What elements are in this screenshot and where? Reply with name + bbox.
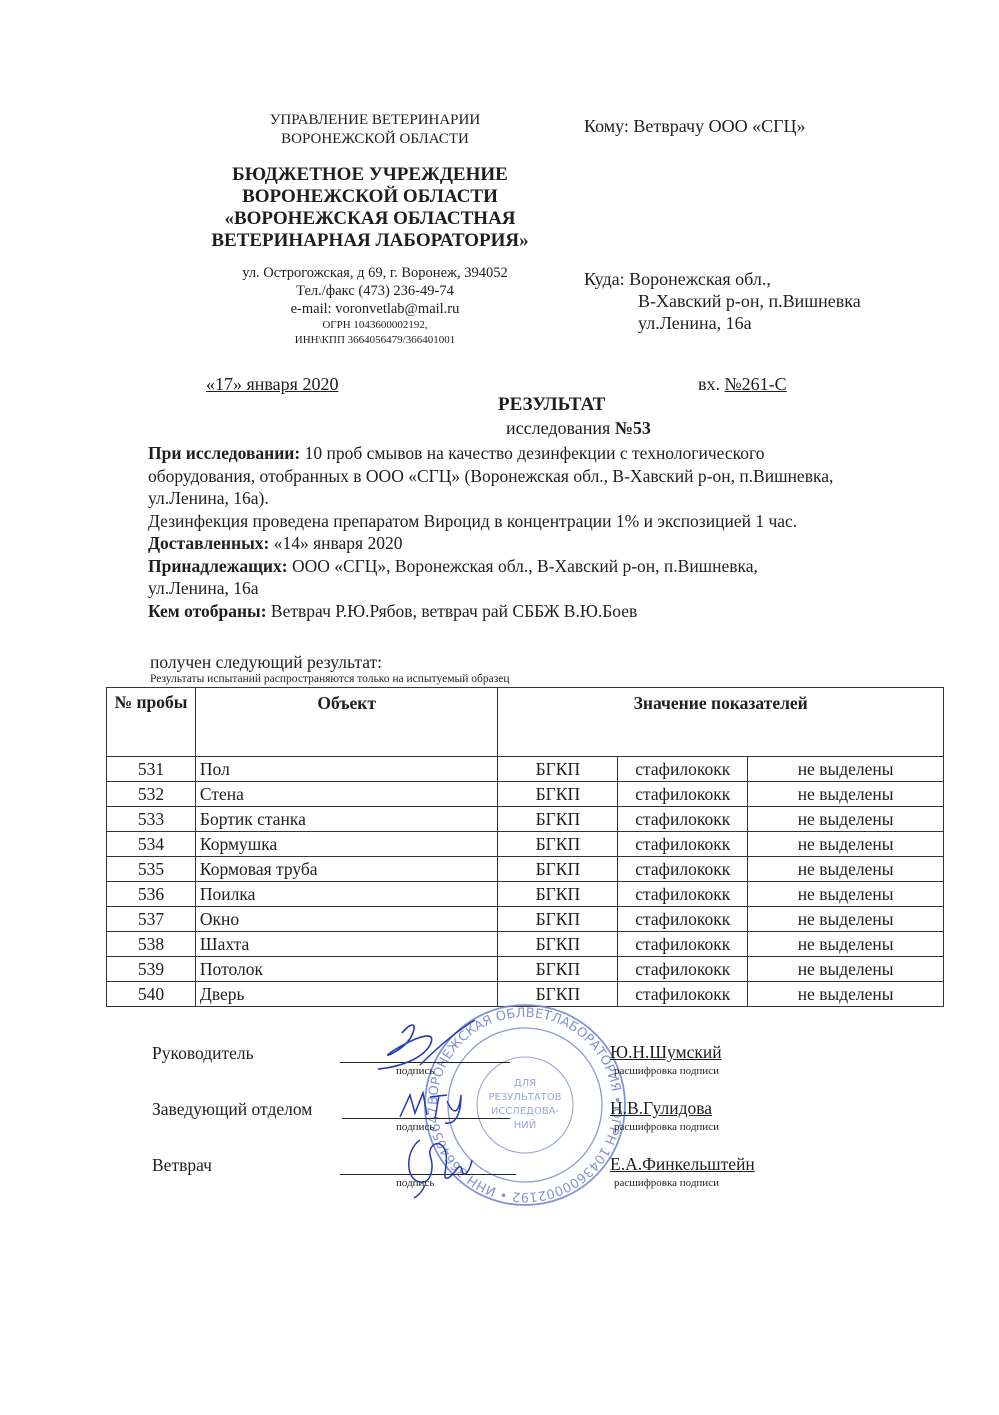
- org-ogrn: ОГРН 1043600002192,: [200, 318, 550, 333]
- owner-line2: ул.Ленина, 16а: [148, 577, 978, 600]
- org-address: ул. Острогожская, д 69, г. Воронеж, 3940…: [200, 264, 550, 282]
- owner-value: ООО «СГЦ», Воронежская обл., В-Хавский р…: [288, 556, 758, 576]
- handwritten-signature-icon: [395, 1085, 465, 1125]
- cell-sample-no: 531: [107, 757, 196, 782]
- cell-indicator1: БГКП: [498, 857, 618, 882]
- details-block: При исследовании: 10 проб смывов на каче…: [148, 442, 978, 622]
- org-inn-kpp: ИНН\КПП 3664056479/366401001: [200, 333, 550, 348]
- cell-indicator1: БГКП: [498, 932, 618, 957]
- table-row: 532 Стена БГКП стафилококк не выделены: [107, 782, 944, 807]
- delivered-value: «14» января 2020: [269, 533, 402, 553]
- destination-line3: ул.Ленина, 16а: [584, 312, 861, 334]
- document-date: «17» января 2020: [206, 373, 338, 395]
- signer-role-department: Заведующий отделом: [152, 1099, 312, 1120]
- cell-sample-no: 532: [107, 782, 196, 807]
- cell-result: не выделены: [748, 807, 944, 832]
- table-row: 531 Пол БГКП стафилококк не выделены: [107, 757, 944, 782]
- cell-result: не выделены: [748, 957, 944, 982]
- cell-object: Шахта: [195, 932, 498, 957]
- cell-result: не выделены: [748, 932, 944, 957]
- svg-text:НИЙ: НИЙ: [514, 1118, 536, 1131]
- cell-indicator2: стафилококк: [618, 782, 748, 807]
- cell-object: Окно: [195, 907, 498, 932]
- research-number: №53: [615, 418, 651, 438]
- authority-block: УПРАВЛЕНИЕ ВЕТЕРИНАРИИ ВОРОНЕЖСКОЙ ОБЛАС…: [200, 111, 550, 149]
- sampled-line: Кем отобраны: Ветврач Р.Ю.Рябов, ветврач…: [148, 600, 978, 623]
- org-email: e-mail: voronvetlab@mail.ru: [200, 300, 550, 318]
- cell-indicator2: стафилококк: [618, 957, 748, 982]
- cell-sample-no: 540: [107, 982, 196, 1007]
- cell-indicator2: стафилококк: [618, 907, 748, 932]
- organization-block: БЮДЖЕТНОЕ УЧРЕЖДЕНИЕ ВОРОНЕЖСКОЙ ОБЛАСТИ…: [180, 164, 560, 252]
- org-phone: Тел./факс (473) 236-49-74: [200, 282, 550, 300]
- cell-indicator2: стафилококк: [618, 882, 748, 907]
- document-title: РЕЗУЛЬТАТ: [498, 394, 605, 416]
- result-note: Результаты испытаний распространяются то…: [150, 673, 510, 685]
- cell-sample-no: 539: [107, 957, 196, 982]
- cell-object: Потолок: [195, 957, 498, 982]
- destination-line2: В-Хавский р-он, п.Вишневка: [584, 290, 861, 312]
- svg-text:ДЛЯ: ДЛЯ: [514, 1078, 536, 1089]
- document-subtitle: исследования №53: [506, 418, 651, 439]
- sampled-label: Кем отобраны:: [148, 601, 267, 621]
- cell-sample-no: 538: [107, 932, 196, 957]
- header-sample-no: № пробы: [107, 688, 196, 757]
- cell-sample-no: 536: [107, 882, 196, 907]
- disinfection-line: Дезинфекция проведена препаратом Вироцид…: [148, 510, 978, 533]
- delivered-line: Доставленных: «14» января 2020: [148, 532, 978, 555]
- cell-indicator1: БГКП: [498, 882, 618, 907]
- cell-indicator1: БГКП: [498, 807, 618, 832]
- delivered-label: Доставленных:: [148, 533, 269, 553]
- destination-line1: Куда: Воронежская обл.,: [584, 268, 861, 290]
- cell-result: не выделены: [748, 982, 944, 1007]
- name-caption: расшифровка подписи: [614, 1121, 719, 1133]
- handwritten-signature-icon: [360, 1015, 480, 1075]
- subtitle-prefix: исследования: [506, 418, 610, 438]
- header-object: Объект: [195, 688, 498, 757]
- results-table: № пробы Объект Значение показателей 531 …: [106, 687, 944, 1007]
- svg-text:РЕЗУЛЬТАТОВ: РЕЗУЛЬТАТОВ: [488, 1092, 561, 1103]
- cell-object: Кормовая труба: [195, 857, 498, 882]
- destination-block: Куда: Воронежская обл., В-Хавский р-он, …: [584, 268, 861, 334]
- research-line3: ул.Ленина, 16а).: [148, 487, 978, 510]
- signer-name-head: Ю.Н.Шумский: [610, 1042, 722, 1063]
- table-header-row: № пробы Объект Значение показателей: [107, 688, 944, 757]
- svg-text:ИССЛЕДОВА-: ИССЛЕДОВА-: [491, 1106, 560, 1117]
- cell-sample-no: 533: [107, 807, 196, 832]
- authority-line1: УПРАВЛЕНИЕ ВЕТЕРИНАРИИ: [200, 111, 550, 130]
- cell-indicator1: БГКП: [498, 757, 618, 782]
- cell-indicator1: БГКП: [498, 782, 618, 807]
- cell-object: Стена: [195, 782, 498, 807]
- incoming-number: вх. №261-С: [698, 373, 787, 395]
- signer-role-head: Руководитель: [152, 1043, 254, 1064]
- table-row: 538 Шахта БГКП стафилококк не выделены: [107, 932, 944, 957]
- cell-result: не выделены: [748, 882, 944, 907]
- contact-block: ул. Острогожская, д 69, г. Воронеж, 3940…: [200, 264, 550, 348]
- header-values: Значение показателей: [498, 688, 944, 757]
- signer-name-vet: Е.А.Финкельштейн: [610, 1154, 755, 1175]
- cell-indicator1: БГКП: [498, 832, 618, 857]
- cell-indicator2: стафилококк: [618, 857, 748, 882]
- cell-sample-no: 534: [107, 832, 196, 857]
- org-line4: ВЕТЕРИНАРНАЯ ЛАБОРАТОРИЯ»: [180, 230, 560, 252]
- name-caption: расшифровка подписи: [614, 1177, 719, 1189]
- research-line1: При исследовании: 10 проб смывов на каче…: [148, 442, 978, 465]
- owner-label: Принадлежащих:: [148, 556, 288, 576]
- org-line3: «ВОРОНЕЖСКАЯ ОБЛАСТНАЯ: [180, 208, 560, 230]
- cell-object: Пол: [195, 757, 498, 782]
- incoming-prefix: вх.: [698, 374, 720, 394]
- table-row: 534 Кормушка БГКП стафилококк не выделен…: [107, 832, 944, 857]
- sampled-value: Ветврач Р.Ю.Рябов, ветврач рай СББЖ В.Ю.…: [267, 601, 638, 621]
- cell-indicator2: стафилококк: [618, 832, 748, 857]
- recipient: Кому: Ветврачу ООО «СГЦ»: [584, 115, 806, 137]
- org-line1: БЮДЖЕТНОЕ УЧРЕЖДЕНИЕ: [180, 164, 560, 186]
- owner-line1: Принадлежащих: ООО «СГЦ», Воронежская об…: [148, 555, 978, 578]
- cell-result: не выделены: [748, 832, 944, 857]
- cell-result: не выделены: [748, 907, 944, 932]
- cell-object: Бортик станка: [195, 807, 498, 832]
- cell-indicator1: БГКП: [498, 907, 618, 932]
- cell-result: не выделены: [748, 782, 944, 807]
- signer-name-department: Н.В.Гулидова: [610, 1098, 712, 1119]
- cell-object: Кормушка: [195, 832, 498, 857]
- authority-line2: ВОРОНЕЖСКОЙ ОБЛАСТИ: [200, 130, 550, 149]
- signer-role-vet: Ветврач: [152, 1155, 212, 1176]
- research-text: 10 проб смывов на качество дезинфекции с…: [300, 443, 764, 463]
- research-line2: оборудования, отобранных в ООО «СГЦ» (Во…: [148, 465, 978, 488]
- cell-sample-no: 535: [107, 857, 196, 882]
- incoming-number-value: №261-С: [725, 374, 787, 394]
- table-row: 536 Поилка БГКП стафилококк не выделены: [107, 882, 944, 907]
- research-label: При исследовании:: [148, 443, 300, 463]
- cell-indicator2: стафилококк: [618, 757, 748, 782]
- cell-indicator2: стафилококк: [618, 932, 748, 957]
- cell-sample-no: 537: [107, 907, 196, 932]
- table-row: 533 Бортик станка БГКП стафилококк не вы…: [107, 807, 944, 832]
- cell-indicator1: БГКП: [498, 957, 618, 982]
- table-row: 535 Кормовая труба БГКП стафилококк не в…: [107, 857, 944, 882]
- handwritten-signature-icon: [400, 1130, 480, 1200]
- cell-result: не выделены: [748, 757, 944, 782]
- cell-object: Поилка: [195, 882, 498, 907]
- cell-result: не выделены: [748, 857, 944, 882]
- result-intro: получен следующий результат:: [150, 652, 382, 673]
- name-caption: расшифровка подписи: [614, 1065, 719, 1077]
- cell-indicator2: стафилококк: [618, 807, 748, 832]
- table-row: 539 Потолок БГКП стафилококк не выделены: [107, 957, 944, 982]
- table-row: 537 Окно БГКП стафилококк не выделены: [107, 907, 944, 932]
- cell-indicator2: стафилококк: [618, 982, 748, 1007]
- org-line2: ВОРОНЕЖСКОЙ ОБЛАСТИ: [180, 186, 560, 208]
